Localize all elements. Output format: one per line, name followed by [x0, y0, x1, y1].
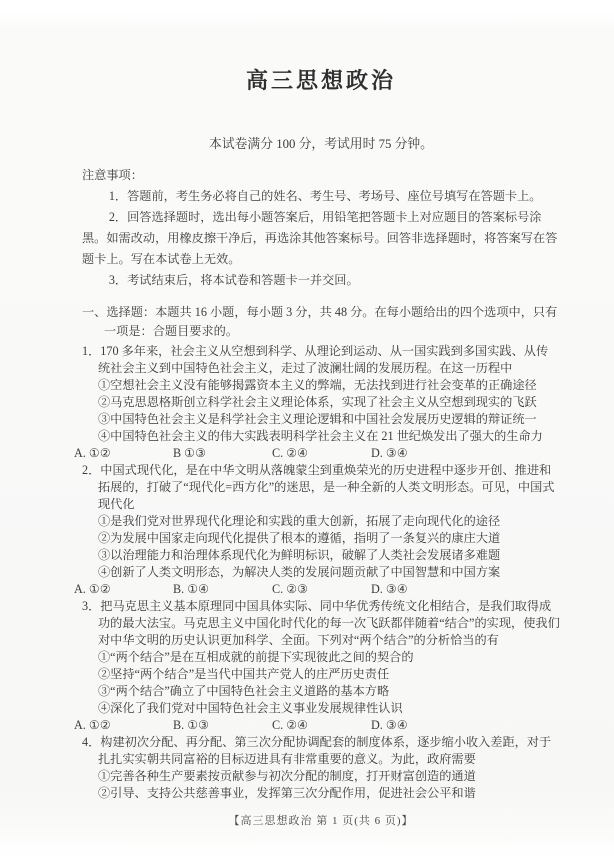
question-1: 1．170 多年来，社会主义从空想到科学、从理论到运动、从一国实践到多国实践、从… [82, 343, 560, 462]
exam-page: 高三思想政治 本试卷满分 100 分，考试用时 75 分钟。 注意事项： 1．答… [0, 0, 614, 867]
notice-section: 注意事项： 1．答题前，考生务必将自己的姓名、考生号、考场号、座位号填写在答题卡… [82, 165, 560, 291]
page-title: 高三思想政治 [82, 64, 560, 95]
option-line: ③中国特色社会主义是科学社会主义理论逻辑和中国社会发展历史逻辑的辩证统一 [98, 411, 560, 428]
question-stem: 4．构建初次分配、再分配、第三次分配协调配套的制度体系，逐步缩小收入差距，对于扎… [82, 734, 560, 768]
option-line: ④中国特色社会主义的伟大实践表明科学社会主义在 21 世纪焕发出了强大的生命力 [98, 428, 560, 445]
question-stem: 1．170 多年来，社会主义从空想到科学、从理论到运动、从一国实践到多国实践、从… [82, 343, 560, 377]
option-line: ②坚持“两个结合”是当代中国共产党人的庄严历史责任 [98, 666, 560, 683]
option-list: ①“两个结合”是在互相成就的前提下实现彼此之间的契合的 ②坚持“两个结合”是当代… [82, 649, 560, 717]
option-list: ①完善各种生产要素按贡献参与初次分配的制度，打开财富创造的通道 ②引导、支持公共… [82, 768, 560, 802]
option-line: ③以治理能力和治理体系现代化为鲜明标识，破解了人类社会发展诸多难题 [98, 547, 560, 564]
option-line: ②引导、支持公共慈善事业，发挥第三次分配作用，促进社会公平和谐 [98, 785, 560, 802]
notice-item: 2．回答选择题时，选出每小题答案后，用铅笔把答题卡上对应题目的答案标号涂黑。如需… [82, 207, 560, 270]
option-line: ①“两个结合”是在互相成就的前提下实现彼此之间的契合的 [98, 649, 560, 666]
choice-item: D. ③④ [371, 445, 408, 462]
option-line: ④创新了人类文明形态，为解决人类的发展问题贡献了中国智慧和中国方案 [98, 564, 560, 581]
notice-heading: 注意事项： [82, 165, 560, 186]
section-heading: 一、选择题：本题共 16 小题，每小题 3 分，共 48 分。在每小题给出的四个… [82, 303, 560, 341]
choice-item: C. ②④ [272, 445, 371, 462]
exam-info-line: 本试卷满分 100 分，考试用时 75 分钟。 [82, 133, 560, 152]
page-footer: 【高三思想政治 第 1 页(共 6 页)】 [82, 812, 560, 828]
choice-item: C. ②④ [272, 717, 371, 734]
choice-item: A. ①② [74, 717, 173, 734]
choice-item: C. ②③ [272, 581, 371, 598]
notice-item: 1．答题前，考生务必将自己的姓名、考生号、考场号、座位号填写在答题卡上。 [82, 186, 560, 207]
option-line: ③“两个结合”确立了中国特色社会主义道路的基本方略 [98, 683, 560, 700]
option-line: ①空想社会主义没有能够揭露资本主义的弊端，无法找到进行社会变革的正确途径 [98, 377, 560, 394]
option-line: ②马克思恩格斯创立科学社会主义理论体系，实现了社会主义从空想到现实的飞跃 [98, 394, 560, 411]
choice-item: B. ①④ [173, 581, 272, 598]
choice-item: A. ①② [74, 581, 173, 598]
question-stem: 3．把马克思主义基本原理同中国具体实际、同中华优秀传统文化相结合，是我们取得成功… [82, 598, 560, 649]
choice-item: B. ①③ [173, 717, 272, 734]
option-line: ④深化了我们党对中国特色社会主义事业发展规律性认识 [98, 700, 560, 717]
choice-item: B ①③ [173, 445, 272, 462]
question-stem: 2．中国式现代化，是在中华文明从落魄蒙尘到重焕荣光的历史进程中逐步开创、推进和拓… [82, 462, 560, 513]
choices-row: A. ①② B ①③ C. ②④ D. ③④ [74, 445, 560, 462]
question-2: 2．中国式现代化，是在中华文明从落魄蒙尘到重焕荣光的历史进程中逐步开创、推进和拓… [82, 462, 560, 598]
option-list: ①空想社会主义没有能够揭露资本主义的弊端，无法找到进行社会变革的正确途径 ②马克… [82, 377, 560, 445]
choice-item: D. ③④ [371, 581, 408, 598]
option-line: ①完善各种生产要素按贡献参与初次分配的制度，打开财富创造的通道 [98, 768, 560, 785]
question-3: 3．把马克思主义基本原理同中国具体实际、同中华优秀传统文化相结合，是我们取得成功… [82, 598, 560, 734]
choice-item: D. ③④ [371, 717, 408, 734]
option-line: ①是我们党对世界现代化理论和实践的重大创新，拓展了走向现代化的途径 [98, 513, 560, 530]
choices-row: A. ①② B. ①④ C. ②③ D. ③④ [74, 581, 560, 598]
choice-item: A. ①② [74, 445, 173, 462]
choices-row: A. ①② B. ①③ C. ②④ D. ③④ [74, 717, 560, 734]
option-line: ②为发展中国家走向现代化提供了根本的遵循，指明了一条复兴的康庄大道 [98, 530, 560, 547]
notice-item: 3．考试结束后，将本试卷和答题卡一并交回。 [82, 270, 560, 291]
question-4: 4．构建初次分配、再分配、第三次分配协调配套的制度体系，逐步缩小收入差距，对于扎… [82, 734, 560, 802]
option-list: ①是我们党对世界现代化理论和实践的重大创新，拓展了走向现代化的途径 ②为发展中国… [82, 513, 560, 581]
